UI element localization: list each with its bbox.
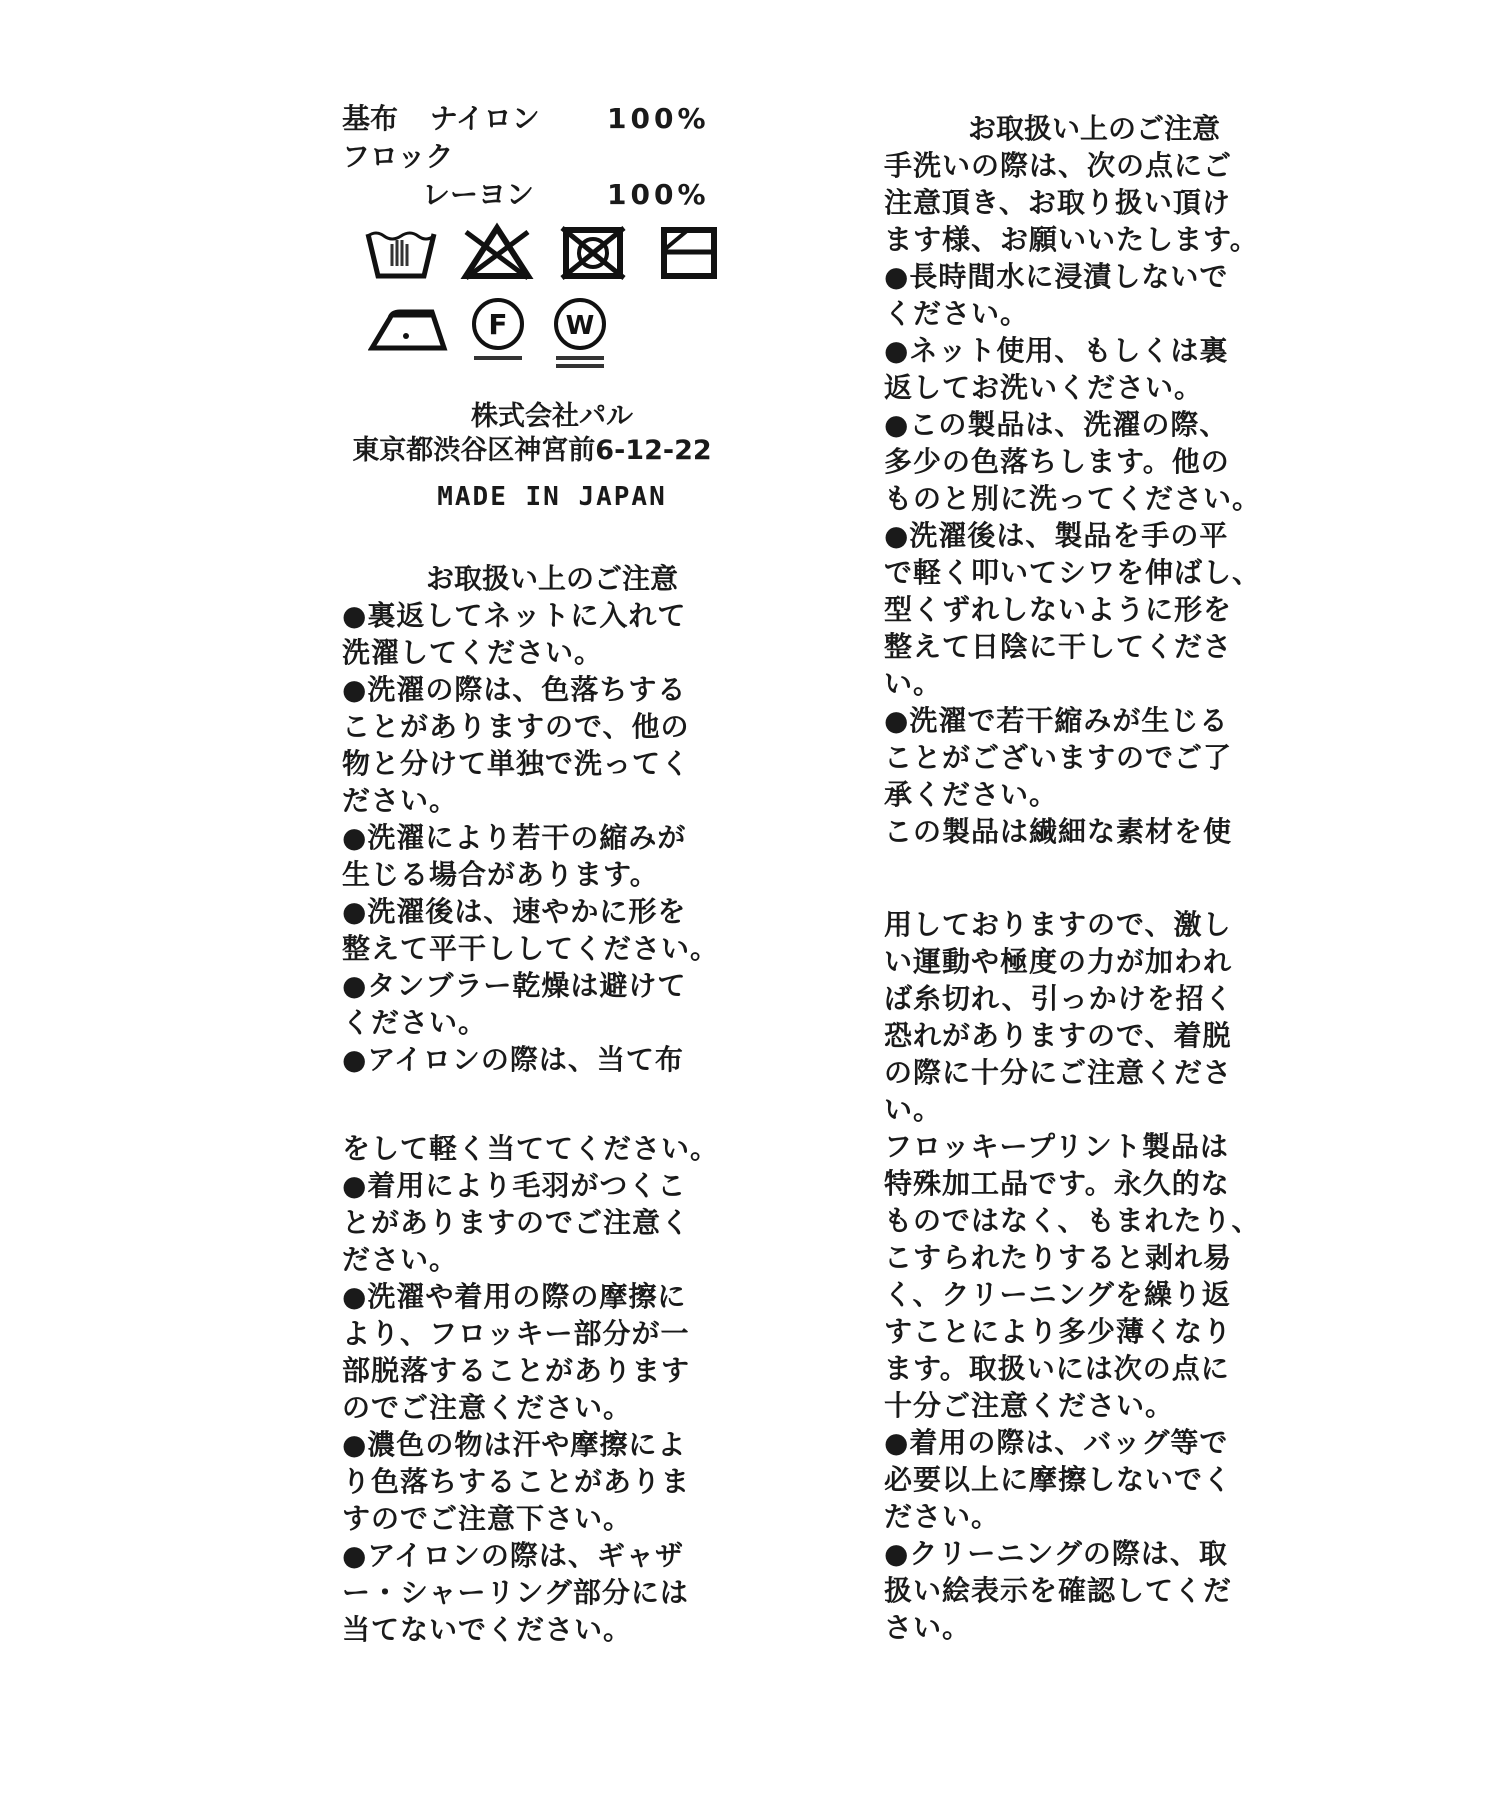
notice-line: ださい。	[342, 1241, 762, 1278]
notice-line: く、クリーニングを繰り返	[884, 1276, 1304, 1313]
base-fiber: ナイロン	[430, 102, 540, 135]
notice-line: 部脱落することがあります	[342, 1352, 762, 1389]
notice-line: 用しておりますので、激し	[884, 906, 1304, 943]
notice-line: 物と分けて単独で洗ってく	[342, 745, 762, 782]
notice-line: ●洗濯で若干縮みが生じる	[884, 702, 1304, 739]
made-in-japan: MADE IN JAPAN	[342, 480, 762, 514]
flock-fiber: レーヨン	[342, 178, 534, 211]
care-symbols-row-2: F W	[368, 296, 762, 370]
no-bleach-icon	[460, 222, 534, 282]
notice-line: い。	[884, 1091, 1304, 1128]
right-column: お取扱い上のご注意 手洗いの際は、次の点にご 注意頂き、お取り扱い頂け ます様、…	[884, 110, 1304, 1646]
notice-line: をして軽く当ててください。	[342, 1130, 762, 1167]
notice-line: 手洗いの際は、次の点にご	[884, 147, 1304, 184]
notice-line: い運動や極度の力が加われ	[884, 943, 1304, 980]
notice-line: の際に十分にご注意くださ	[884, 1054, 1304, 1091]
notice-line: こすられたりすると剥れ易	[884, 1239, 1304, 1276]
notice-line: ●タンブラー乾燥は避けて	[342, 967, 762, 1004]
notice-line: ます。取扱いには次の点に	[884, 1350, 1304, 1387]
svg-text:W: W	[566, 311, 595, 341]
right-notice-continued: 用しておりますので、激し い運動や極度の力が加われ ば糸切れ、引っかけを招く 恐…	[884, 906, 1304, 1646]
notice-line: とがありますのでご注意く	[342, 1204, 762, 1241]
notice-line: い。	[884, 665, 1304, 702]
notice-line: ●濃色の物は汗や摩擦によ	[342, 1426, 762, 1463]
notice-line: 洗濯してください。	[342, 634, 762, 671]
notice-line: 整えて平干ししてください。	[342, 930, 762, 967]
no-tumble-dry-icon	[556, 222, 630, 282]
notice-line: ●裏返してネットに入れて	[342, 597, 762, 634]
notice-line: ものと別に洗ってください。	[884, 480, 1304, 517]
notice-line: で軽く叩いてシワを伸ばし、	[884, 554, 1304, 591]
notice-line: 型くずれしないように形を	[884, 591, 1304, 628]
notice-line: ください。	[884, 295, 1304, 332]
company-address: 東京都渋谷区神宮前6-12-22	[302, 434, 762, 468]
notice-line: 生じる場合があります。	[342, 856, 762, 893]
notice-line: 多少の色落ちします。他の	[884, 443, 1304, 480]
notice-line: ●クリーニングの際は、取	[884, 1535, 1304, 1572]
notice-line: ●洗濯や着用の際の摩擦に	[342, 1278, 762, 1315]
notice-line: ●洗濯により若干の縮みが	[342, 819, 762, 856]
notice-line: ●アイロンの際は、当て布	[342, 1041, 762, 1078]
notice-line: ださい。	[342, 782, 762, 819]
notice-line: 整えて日陰に干してくださ	[884, 628, 1304, 665]
notice-line: ば糸切れ、引っかけを招く	[884, 980, 1304, 1017]
notice-line: ●アイロンの際は、ギャザ	[342, 1537, 762, 1574]
notice-line: ●ネット使用、もしくは裏	[884, 332, 1304, 369]
left-notice-title: お取扱い上のご注意	[342, 560, 762, 597]
notice-line: より、フロッキー部分が一	[342, 1315, 762, 1352]
left-notice-body: ●裏返してネットに入れて 洗濯してください。 ●洗濯の際は、色落ちする ことがあ…	[342, 597, 762, 1078]
base-label: 基布	[342, 102, 398, 135]
notice-line: り色落ちすることがありま	[342, 1463, 762, 1500]
notice-line: フロッキープリント製品は	[884, 1128, 1304, 1165]
notice-line: ものではなく、もまれたり、	[884, 1202, 1304, 1239]
base-percentage: 100%	[607, 100, 710, 138]
notice-line: ●洗濯後は、速やかに形を	[342, 893, 762, 930]
notice-line: ●この製品は、洗濯の際、	[884, 406, 1304, 443]
right-notice-title: お取扱い上のご注意	[884, 110, 1304, 147]
flat-dry-shade-icon	[652, 222, 726, 282]
care-symbols-row-1	[364, 222, 762, 282]
flock-fiber-row: レーヨン 100%	[342, 176, 762, 214]
left-column: 基布 ナイロン 100% フロック レーヨン 100%	[342, 100, 762, 1648]
notice-line: 当てないでください。	[342, 1611, 762, 1648]
notice-line: 十分ご注意ください。	[884, 1387, 1304, 1424]
notice-line: さい。	[884, 1609, 1304, 1646]
notice-line: ー・シャーリング部分には	[342, 1574, 762, 1611]
notice-line: ことがありますので、他の	[342, 708, 762, 745]
svg-text:F: F	[488, 308, 507, 341]
hand-wash-icon	[364, 222, 438, 282]
notice-line: すのでご注意下さい。	[342, 1500, 762, 1537]
notice-line: すことにより多少薄くなり	[884, 1313, 1304, 1350]
flock-percentage: 100%	[607, 176, 710, 214]
notice-line: 必要以上に摩擦しないでく	[884, 1461, 1304, 1498]
notice-line: ●着用の際は、バッグ等で	[884, 1424, 1304, 1461]
flock-label: フロック	[342, 140, 453, 173]
notice-line: 特殊加工品です。永久的な	[884, 1165, 1304, 1202]
notice-line: 承ください。	[884, 776, 1304, 813]
notice-line: 注意頂き、お取り扱い頂け	[884, 184, 1304, 221]
notice-line: この製品は繊細な素材を使	[884, 813, 1304, 850]
notice-line: のでご注意ください。	[342, 1389, 762, 1426]
notice-line: ください。	[342, 1004, 762, 1041]
iron-low-icon	[368, 296, 448, 356]
base-fabric-row: 基布 ナイロン 100%	[342, 100, 762, 138]
dry-clean-f-icon: F	[466, 296, 530, 366]
left-notice-continued: をして軽く当ててください。 ●着用により毛羽がつくこ とがありますのでご注意く …	[342, 1130, 762, 1648]
wet-clean-w-icon: W	[548, 296, 612, 370]
right-notice-body: 手洗いの際は、次の点にご 注意頂き、お取り扱い頂け ます様、お願いいたします。 …	[884, 147, 1304, 850]
notice-line: 恐れがありますので、着脱	[884, 1017, 1304, 1054]
notice-line: 扱い絵表示を確認してくだ	[884, 1572, 1304, 1609]
notice-line: ●洗濯後は、製品を手の平	[884, 517, 1304, 554]
notice-line: ます様、お願いいたします。	[884, 221, 1304, 258]
notice-line: ●長時間水に浸漬しないで	[884, 258, 1304, 295]
notice-line: 返してお洗いください。	[884, 369, 1304, 406]
notice-line: ことがございますのでご了	[884, 739, 1304, 776]
notice-line: ださい。	[884, 1498, 1304, 1535]
notice-line: ●洗濯の際は、色落ちする	[342, 671, 762, 708]
company-name: 株式会社パル	[342, 400, 762, 434]
notice-line: ●着用により毛羽がつくこ	[342, 1167, 762, 1204]
flock-label-row: フロック	[342, 138, 762, 176]
